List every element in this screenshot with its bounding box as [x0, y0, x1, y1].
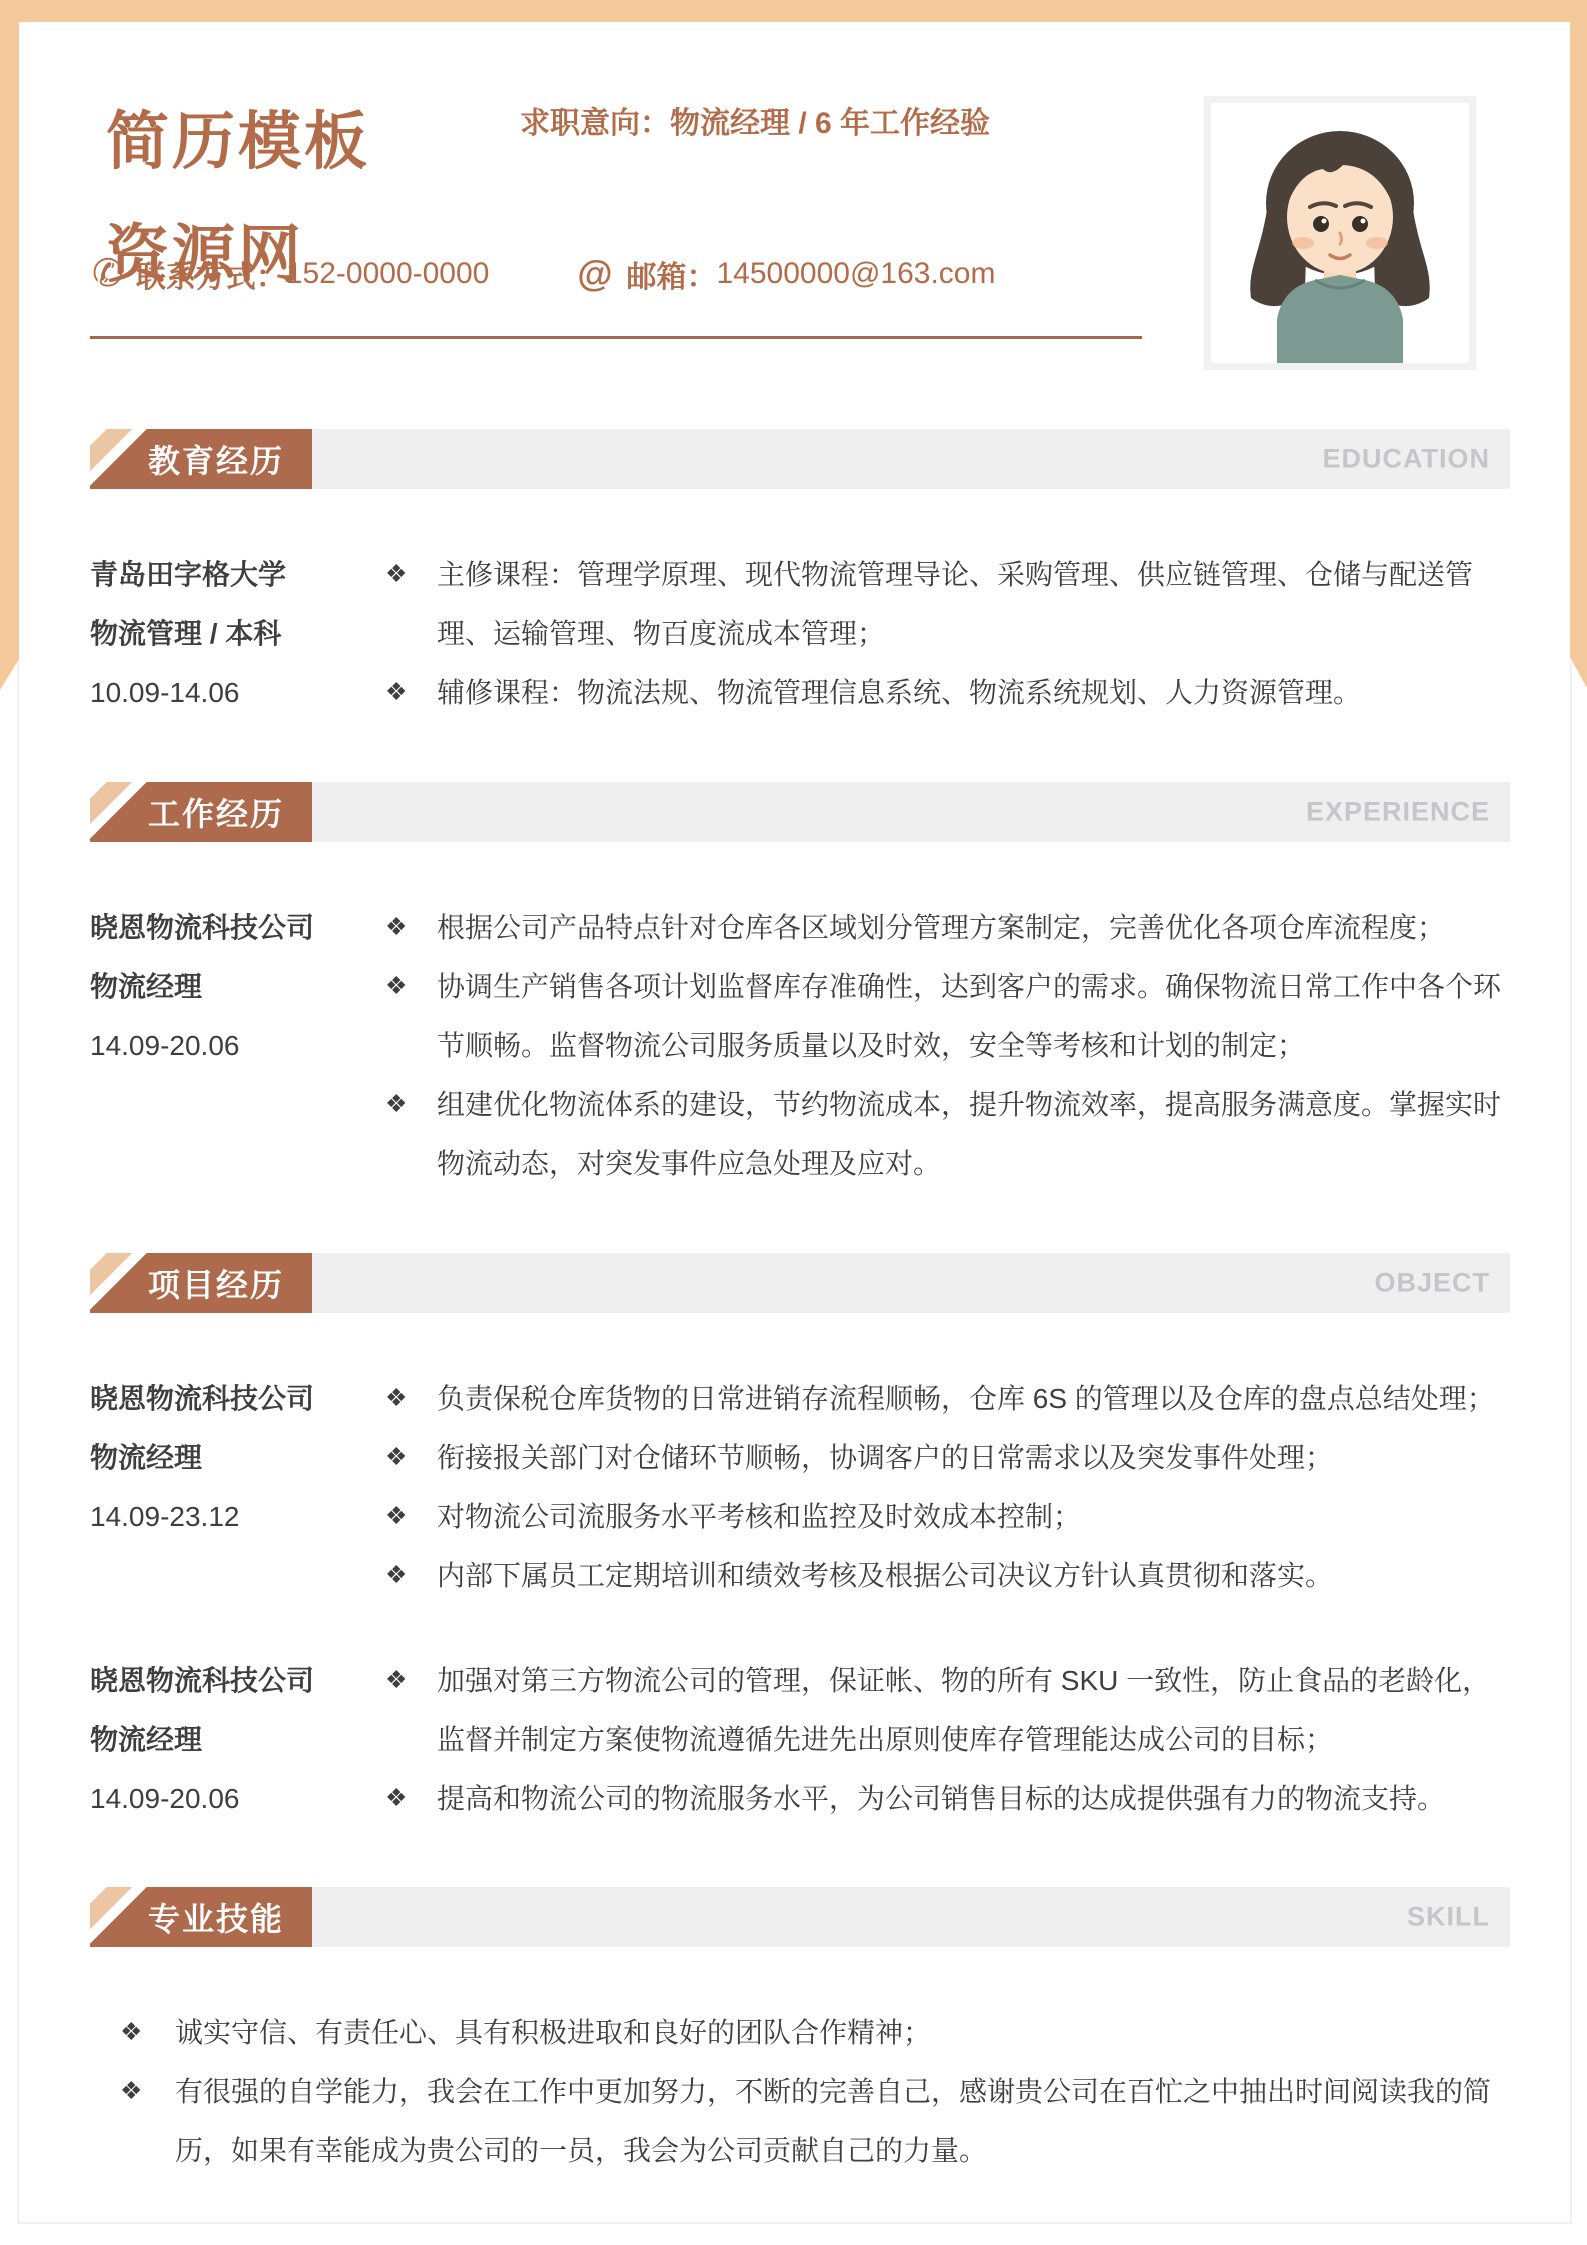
section-education-title: 教育经历	[90, 429, 312, 489]
education-dates: 10.09-14.06	[90, 663, 385, 722]
project-entry-1: 晓恩物流科技公司 物流经理 14.09-23.12 ❖ 负责保税仓库货物的日常进…	[90, 1369, 1510, 1605]
section-experience: 工作经历 EXPERIENCE 晓恩物流科技公司 物流经理 14.09-20.0…	[90, 782, 1510, 1193]
section-education-header: 教育经历 EDUCATION	[90, 429, 1510, 489]
diamond-bullet-icon: ❖	[385, 1651, 437, 1769]
diamond-bullet-icon: ❖	[385, 1487, 437, 1546]
list-item: ❖ 辅修课程：物流法规、物流管理信息系统、物流系统规划、人力资源管理。	[385, 663, 1510, 722]
bullet-text: 有很强的自学能力，我会在工作中更加努力，不断的完善自己，感谢贵公司在百忙之中抽出…	[175, 2062, 1510, 2180]
section-skill-label-en: SKILL	[1407, 1902, 1490, 1933]
section-experience-body: 晓恩物流科技公司 物流经理 14.09-20.06 ❖ 根据公司产品特点针对仓库…	[90, 898, 1510, 1193]
list-item: ❖ 内部下属员工定期培训和绩效考核及根据公司决议方针认真贯彻和落实。	[385, 1546, 1510, 1605]
section-skill: 专业技能 SKILL ❖ 诚实守信、有责任心、具有积极进取和良好的团队合作精神；…	[90, 1887, 1510, 2180]
experience-entry-meta: 晓恩物流科技公司 物流经理 14.09-20.06	[90, 898, 385, 1193]
list-item: ❖ 主修课程：管理学原理、现代物流管理导论、采购管理、供应链管理、仓储与配送管理…	[385, 545, 1510, 663]
job-title: 物流经理	[90, 957, 385, 1016]
bullet-text: 对物流公司流服务水平考核和监控及时效成本控制；	[437, 1487, 1510, 1546]
project-bullets: ❖ 负责保税仓库货物的日常进销存流程顺畅，仓库 6S 的管理以及仓库的盘点总结处…	[385, 1369, 1510, 1605]
list-item: ❖ 有很强的自学能力，我会在工作中更加努力，不断的完善自己，感谢贵公司在百忙之中…	[90, 2062, 1510, 2180]
section-skill-bar: SKILL	[312, 1887, 1510, 1947]
bullet-text: 主修课程：管理学原理、现代物流管理导论、采购管理、供应链管理、仓储与配送管理、运…	[437, 545, 1510, 663]
bullet-text: 诚实守信、有责任心、具有积极进取和良好的团队合作精神；	[175, 2003, 1510, 2062]
experience-dates: 14.09-20.06	[90, 1016, 385, 1075]
project-entry-meta: 晓恩物流科技公司 物流经理 14.09-20.06	[90, 1651, 385, 1828]
bullet-text: 协调生产销售各项计划监督库存准确性，达到客户的需求。确保物流日常工作中各个环节顺…	[437, 957, 1510, 1075]
bullet-text: 根据公司产品特点针对仓库各区域划分管理方案制定，完善优化各项仓库流程度；	[437, 898, 1510, 957]
diamond-bullet-icon: ❖	[120, 2003, 175, 2062]
list-item: ❖ 组建优化物流体系的建设，节约物流成本，提升物流效率，提高服务满意度。掌握实时…	[385, 1075, 1510, 1193]
job-title: 物流经理	[90, 1710, 385, 1769]
section-experience-bar: EXPERIENCE	[312, 782, 1510, 842]
resume-page: 简历模板 资源网 求职意向：物流经理 / 6 年工作经验 ✆ 联系方式： 152…	[0, 0, 1587, 2245]
section-education-label-en: EDUCATION	[1323, 444, 1491, 475]
diamond-bullet-icon: ❖	[385, 898, 437, 957]
section-project-title: 项目经历	[90, 1253, 312, 1313]
email-at-icon: @	[577, 253, 612, 295]
section-project-body: 晓恩物流科技公司 物流经理 14.09-23.12 ❖ 负责保税仓库货物的日常进…	[90, 1369, 1510, 1828]
list-item: ❖ 衔接报关部门对仓储环节顺畅，协调客户的日常需求以及突发事件处理；	[385, 1428, 1510, 1487]
section-project-label-en: OBJECT	[1374, 1268, 1490, 1299]
list-item: ❖ 负责保税仓库货物的日常进销存流程顺畅，仓库 6S 的管理以及仓库的盘点总结处…	[385, 1369, 1510, 1428]
header-divider	[90, 336, 1142, 339]
diamond-bullet-icon: ❖	[385, 1428, 437, 1487]
section-experience-header: 工作经历 EXPERIENCE	[90, 782, 1510, 842]
diamond-bullet-icon: ❖	[120, 2062, 175, 2180]
experience-bullets: ❖ 根据公司产品特点针对仓库各区域划分管理方案制定，完善优化各项仓库流程度； ❖…	[385, 898, 1510, 1193]
section-skill-title: 专业技能	[90, 1887, 312, 1947]
list-item: ❖ 根据公司产品特点针对仓库各区域划分管理方案制定，完善优化各项仓库流程度；	[385, 898, 1510, 957]
major-degree: 物流管理 / 本科	[90, 604, 385, 663]
list-item: ❖ 诚实守信、有责任心、具有积极进取和良好的团队合作精神；	[90, 2003, 1510, 2062]
avatar-illustration	[1211, 103, 1469, 363]
list-item: ❖ 协调生产销售各项计划监督库存准确性，达到客户的需求。确保物流日常工作中各个环…	[385, 957, 1510, 1075]
site-title: 简历模板 资源网	[106, 86, 370, 312]
list-item: ❖ 对物流公司流服务水平考核和监控及时效成本控制；	[385, 1487, 1510, 1546]
company-name: 晓恩物流科技公司	[90, 1651, 385, 1710]
company-name: 晓恩物流科技公司	[90, 898, 385, 957]
project-dates: 14.09-20.06	[90, 1769, 385, 1828]
list-item: ❖ 提高和物流公司的物流服务水平，为公司销售目标的达成提供强有力的物流支持。	[385, 1769, 1510, 1828]
diamond-bullet-icon: ❖	[385, 545, 437, 663]
section-skill-body: ❖ 诚实守信、有责任心、具有积极进取和良好的团队合作精神； ❖ 有很强的自学能力…	[90, 2003, 1510, 2180]
page-content: 简历模板 资源网 求职意向：物流经理 / 6 年工作经验 ✆ 联系方式： 152…	[0, 0, 1587, 2245]
job-objective: 求职意向：物流经理 / 6 年工作经验	[520, 98, 990, 142]
diamond-bullet-icon: ❖	[385, 1075, 437, 1193]
bullet-text: 辅修课程：物流法规、物流管理信息系统、物流系统规划、人力资源管理。	[437, 663, 1510, 722]
diamond-bullet-icon: ❖	[385, 663, 437, 722]
email-value: 14500000@163.com	[716, 257, 995, 291]
education-entry-meta: 青岛田字格大学 物流管理 / 本科 10.09-14.06	[90, 545, 385, 722]
project-dates: 14.09-23.12	[90, 1487, 385, 1546]
section-education: 教育经历 EDUCATION 青岛田字格大学 物流管理 / 本科 10.09-1…	[90, 429, 1510, 722]
section-experience-title: 工作经历	[90, 782, 312, 842]
project-bullets: ❖ 加强对第三方物流公司的管理，保证帐、物的所有 SKU 一致性，防止食品的老龄…	[385, 1651, 1510, 1828]
section-education-body: 青岛田字格大学 物流管理 / 本科 10.09-14.06 ❖ 主修课程：管理学…	[90, 545, 1510, 722]
profile-photo	[1204, 96, 1476, 370]
diamond-bullet-icon: ❖	[385, 1369, 437, 1428]
bullet-text: 组建优化物流体系的建设，节约物流成本，提升物流效率，提高服务满意度。掌握实时物流…	[437, 1075, 1510, 1193]
bullet-text: 衔接报关部门对仓储环节顺畅，协调客户的日常需求以及突发事件处理；	[437, 1428, 1510, 1487]
list-item: ❖ 加强对第三方物流公司的管理，保证帐、物的所有 SKU 一致性，防止食品的老龄…	[385, 1651, 1510, 1769]
section-experience-label-en: EXPERIENCE	[1306, 797, 1490, 828]
diamond-bullet-icon: ❖	[385, 1546, 437, 1605]
project-entry-meta: 晓恩物流科技公司 物流经理 14.09-23.12	[90, 1369, 385, 1605]
bullet-text: 提高和物流公司的物流服务水平，为公司销售目标的达成提供强有力的物流支持。	[437, 1769, 1510, 1828]
section-project-bar: OBJECT	[312, 1253, 1510, 1313]
site-title-line2: 资源网	[106, 199, 370, 312]
section-project-header: 项目经历 OBJECT	[90, 1253, 1510, 1313]
experience-entry: 晓恩物流科技公司 物流经理 14.09-20.06 ❖ 根据公司产品特点针对仓库…	[90, 898, 1510, 1193]
bullet-text: 内部下属员工定期培训和绩效考核及根据公司决议方针认真贯彻和落实。	[437, 1546, 1510, 1605]
school-name: 青岛田字格大学	[90, 545, 385, 604]
project-entry-2: 晓恩物流科技公司 物流经理 14.09-20.06 ❖ 加强对第三方物流公司的管…	[90, 1651, 1510, 1828]
header: 简历模板 资源网 求职意向：物流经理 / 6 年工作经验 ✆ 联系方式： 152…	[90, 0, 1510, 429]
email-label: 邮箱：	[626, 252, 716, 296]
bullet-text: 加强对第三方物流公司的管理，保证帐、物的所有 SKU 一致性，防止食品的老龄化，…	[437, 1651, 1510, 1769]
education-entry: 青岛田字格大学 物流管理 / 本科 10.09-14.06 ❖ 主修课程：管理学…	[90, 545, 1510, 722]
objective-label: 求职意向：	[520, 107, 670, 140]
site-title-line1: 简历模板	[106, 86, 370, 199]
section-skill-header: 专业技能 SKILL	[90, 1887, 1510, 1947]
diamond-bullet-icon: ❖	[385, 1769, 437, 1828]
job-title: 物流经理	[90, 1428, 385, 1487]
education-bullets: ❖ 主修课程：管理学原理、现代物流管理导论、采购管理、供应链管理、仓储与配送管理…	[385, 545, 1510, 722]
section-education-bar: EDUCATION	[312, 429, 1510, 489]
section-project: 项目经历 OBJECT 晓恩物流科技公司 物流经理 14.09-23.12 ❖	[90, 1253, 1510, 1828]
diamond-bullet-icon: ❖	[385, 957, 437, 1075]
company-name: 晓恩物流科技公司	[90, 1369, 385, 1428]
bullet-text: 负责保税仓库货物的日常进销存流程顺畅，仓库 6S 的管理以及仓库的盘点总结处理；	[437, 1369, 1510, 1428]
objective-value: 物流经理 / 6 年工作经验	[670, 107, 990, 140]
